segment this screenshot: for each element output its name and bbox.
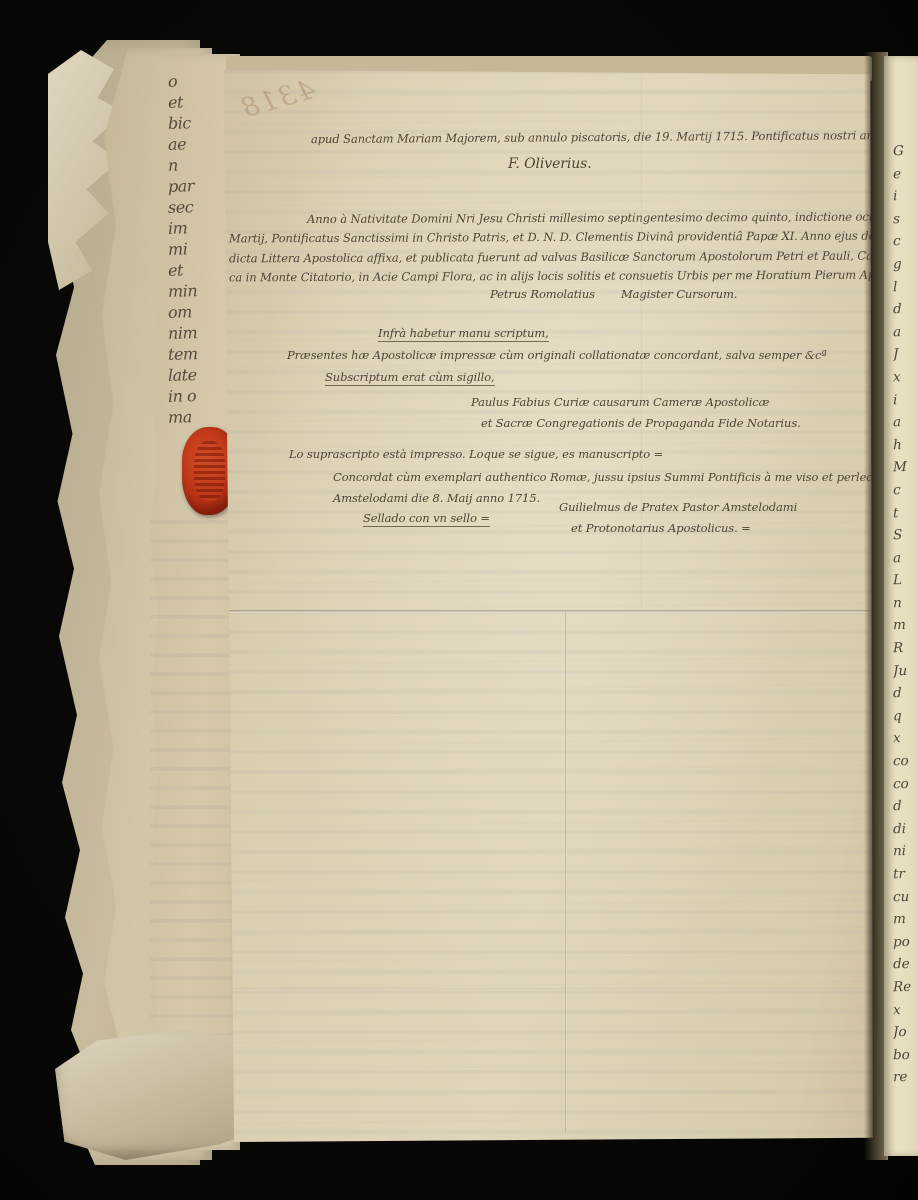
- archive-photo: { "document": { "kind": "manuscript-page…: [0, 0, 918, 1200]
- right-fragment: a: [893, 321, 918, 344]
- right-fragment: i: [893, 185, 918, 208]
- facing-page-text-fragments: GeiscgldaJxiahMctSaLnmRJudqxcocoddinitrc…: [893, 140, 918, 1089]
- right-fragment: L: [893, 569, 918, 592]
- faint-lower-crease: [223, 988, 863, 990]
- right-fragment: q: [893, 705, 918, 728]
- right-fragment: n: [893, 592, 918, 615]
- right-fragment: l: [893, 275, 918, 298]
- notary-signature-line-1: Paulus Fabius Curiæ causarum Cameræ Apos…: [471, 395, 769, 409]
- right-fragment: s: [893, 208, 918, 231]
- right-fragment: Re: [893, 976, 918, 999]
- spanish-note: Lo suprascripto està impresso. Loque se …: [289, 447, 663, 461]
- right-fragment: t: [893, 501, 918, 524]
- horizontal-fold-crease: [221, 610, 869, 613]
- right-fragment: m: [893, 614, 918, 637]
- right-fragment: Ju: [893, 659, 918, 682]
- right-fragment: i: [893, 388, 918, 411]
- right-fragment: x: [893, 366, 918, 389]
- right-fragment: d: [893, 682, 918, 705]
- right-fragment: x: [893, 998, 918, 1021]
- right-fragment: Jo: [893, 1021, 918, 1044]
- right-fragment: de: [893, 953, 918, 976]
- final-signature-line-2: et Protonotarius Apostolicus. =: [571, 521, 751, 535]
- cursor-name: Petrus Romolatius: [490, 287, 595, 301]
- right-fragment: R: [893, 637, 918, 660]
- right-fragment: po: [893, 931, 918, 954]
- right-fragment: cu: [893, 885, 918, 908]
- right-fragment: S: [893, 524, 918, 547]
- right-fragment: d: [893, 298, 918, 321]
- concordance-line-1: Concordat cùm exemplari authentico Romæ,…: [333, 470, 918, 484]
- vertical-fold-crease-upper: [641, 74, 642, 611]
- right-fragment: G: [893, 140, 918, 163]
- right-fragment: bo: [893, 1044, 918, 1067]
- rubric-infra: Infrà habetur manu scriptum,: [378, 326, 549, 340]
- publication-paragraph: Anno à Nativitate Domini Nri Jesu Christ…: [229, 209, 869, 286]
- rubric-subscriptum: Subscriptum erat cùm sigillo,: [325, 370, 495, 384]
- right-fragment: c: [893, 230, 918, 253]
- bleedthrough-folio-number: 4318: [236, 74, 318, 125]
- right-fragment: c: [893, 479, 918, 502]
- concordance-line-2: Amstelodami die 8. Maij anno 1715.: [333, 491, 540, 505]
- right-fragment: di: [893, 818, 918, 841]
- right-fragment: J: [893, 343, 918, 366]
- collation-line: Præsentes hæ Apostolicæ impressæ cùm ori…: [287, 348, 827, 362]
- seal-note: Sellado con vn sello =: [363, 511, 490, 525]
- cursor-title: Magister Cursorum.: [621, 287, 737, 301]
- paragraph-line: ca in Monte Citatorio, in Acie Campi Flo…: [229, 265, 869, 287]
- final-signature-line-1: Guilielmus de Pratex Pastor Amstelodami: [559, 500, 797, 514]
- date-line: apud Sanctam Mariam Majorem, sub annulo …: [311, 128, 914, 146]
- paragraph-line: Martij, Pontificatus Sanctissimi in Chri…: [229, 227, 869, 249]
- right-fragment: tr: [893, 863, 918, 886]
- cursor-attestation: Petrus RomolatiusMagister Cursorum.: [490, 287, 737, 301]
- right-fragment: co: [893, 750, 918, 773]
- oliverius-signature: F. Oliverius.: [508, 156, 592, 172]
- vertical-fold-crease-lower: [565, 612, 567, 1132]
- right-fragment: d: [893, 795, 918, 818]
- right-fragment: a: [893, 411, 918, 434]
- right-fragment: M: [893, 456, 918, 479]
- right-fragment: ni: [893, 840, 918, 863]
- right-fragment: a: [893, 546, 918, 569]
- right-fragment: h: [893, 434, 918, 457]
- right-fragment: g: [893, 253, 918, 276]
- right-fragment: co: [893, 772, 918, 795]
- right-fragment: e: [893, 162, 918, 185]
- right-fragment: x: [893, 727, 918, 750]
- right-fragment: m: [893, 908, 918, 931]
- manuscript-page: 4318 apud Sanctam Mariam Majorem, sub an…: [213, 70, 873, 1142]
- paragraph-line: dicta Littera Apostolica affixa, et publ…: [229, 246, 869, 268]
- right-fragment: re: [893, 1066, 918, 1089]
